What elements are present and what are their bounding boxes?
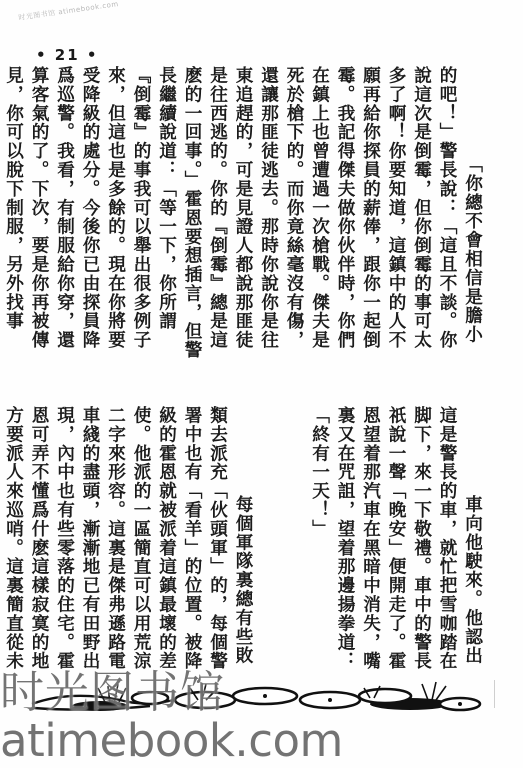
top-text-block: 「你總不會相信是膽小的吧！」警長說：「這且不談。你說這次是倒霉，但你倒霉的事可太… bbox=[36, 66, 511, 362]
paragraph: 車向他駛來。他認出這是警長的車，就忙把雪咖踏在脚下，來一下敬禮。車中的警長祇說一… bbox=[310, 406, 484, 671]
paragraph: 每個軍隊裏總有些敗類去派充「伙頭軍」的，每個警署中也有「看羊」的位置。被降級的霍… bbox=[0, 406, 254, 671]
watermark-url: atimebook.com bbox=[0, 716, 343, 766]
site-stamp: 时光图书馆 atimebook.com bbox=[18, 0, 119, 23]
scan-edge-line bbox=[494, 680, 495, 708]
page-number: • 21 • bbox=[36, 46, 99, 64]
scanned-book-page: 时光图书馆 atimebook.com • 21 • 「你總不會相信是膽小的吧！… bbox=[0, 0, 523, 768]
bottom-text-block: 車向他駛來。他認出這是警長的車，就忙把雪咖踏在脚下，來一下敬禮。車中的警長祇說一… bbox=[36, 406, 511, 680]
paragraph: 「你總不會相信是膽小的吧！」警長說：「這且不談。你說這次是倒霉，但你倒霉的事可太… bbox=[0, 66, 484, 360]
watermark-chinese: 时光图书馆 bbox=[0, 668, 225, 718]
